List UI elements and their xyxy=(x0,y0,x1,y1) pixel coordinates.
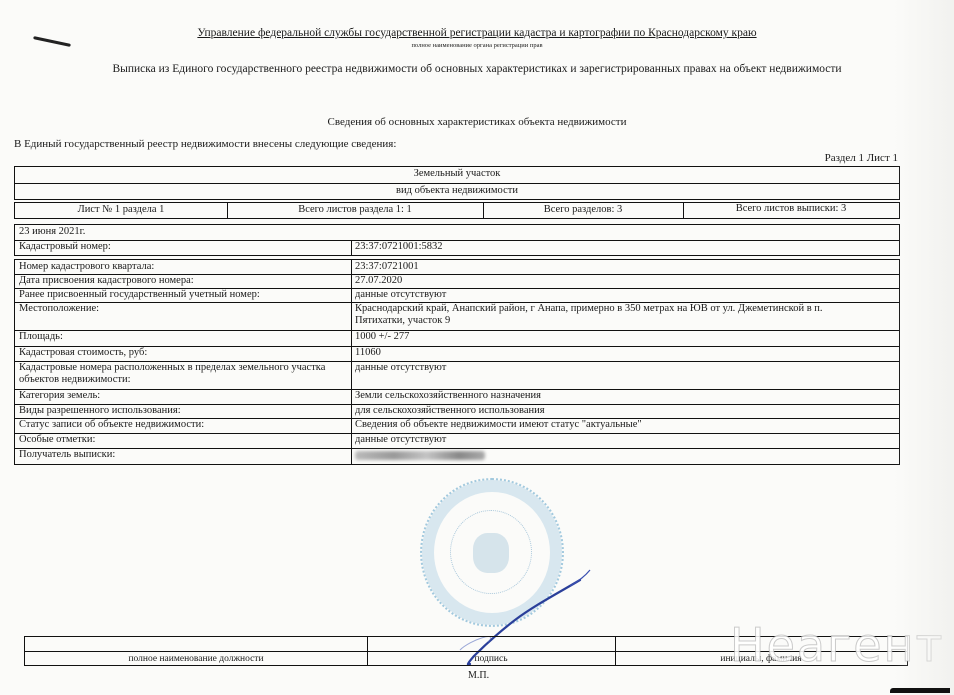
date-row: 23 июня 2021г. xyxy=(15,225,899,240)
section-ref: Раздел 1 Лист 1 xyxy=(825,152,898,164)
section-intro: В Единый государственный реестр недвижим… xyxy=(14,138,396,150)
organization-caption: полное наименование органа регистрации п… xyxy=(0,42,954,49)
redaction-blur xyxy=(355,451,485,460)
section-title: Сведения об основных характеристиках объ… xyxy=(0,116,954,128)
table-row: Кадастровая стоимость, руб: 11060 xyxy=(15,346,899,360)
total-sections: Всего разделов: 3 xyxy=(483,204,683,215)
document-title: Выписка из Единого государственного реес… xyxy=(0,63,954,75)
sheets-in-section: Всего листов раздела 1: 1 xyxy=(227,204,483,215)
cadastral-number-label: Кадастровый номер: xyxy=(19,241,345,253)
seal-place: М.П. xyxy=(468,670,489,681)
table-row: Виды разрешенного использования: для сел… xyxy=(15,404,899,418)
characteristics-table: Номер кадастрового квартала: 23:37:07210… xyxy=(14,259,900,465)
total-sheets: Всего листов выписки: 3 xyxy=(683,203,899,214)
extract-date: 23 июня 2021г. xyxy=(19,226,345,238)
table-row: Статус записи об объекте недвижимости: С… xyxy=(15,418,899,432)
object-type-box: Земельный участок вид объекта недвижимос… xyxy=(14,166,900,200)
date-cadastral-table: 23 июня 2021г. Кадастровый номер: 23:37:… xyxy=(14,224,900,256)
sheet-number: Лист № 1 раздела 1 xyxy=(15,204,227,215)
corner-mark xyxy=(890,688,950,693)
sheets-info-box: Лист № 1 раздела 1 Всего листов раздела … xyxy=(14,202,900,219)
signature-caption: подпись xyxy=(367,654,615,664)
table-row: Категория земель: Земли сельскохозяйстве… xyxy=(15,389,899,403)
table-row: Особые отметки: данные отсутствуют xyxy=(15,433,899,447)
recipient-redacted xyxy=(355,449,839,464)
page-edge-shadow xyxy=(894,0,954,695)
object-type-caption: вид объекта недвижимости xyxy=(15,185,899,196)
table-row: Ранее присвоенный государственный учетны… xyxy=(15,288,899,302)
position-caption: полное наименование должности xyxy=(25,654,367,664)
cadastral-number-row: Кадастровый номер: 23:37:0721001:5832 xyxy=(15,240,899,256)
cadastral-number-value: 23:37:0721001:5832 xyxy=(355,241,839,253)
table-row: Кадастровые номера расположенных в преде… xyxy=(15,361,899,389)
object-type: Земельный участок xyxy=(15,168,899,179)
table-row: Номер кадастрового квартала: 23:37:07210… xyxy=(15,260,899,274)
table-row: Площадь: 1000 +/- 277 xyxy=(15,330,899,344)
recipient-row: Получатель выписки: xyxy=(15,448,899,464)
table-row: Дата присвоения кадастрового номера: 27.… xyxy=(15,274,899,288)
organization-name: Управление федеральной службы государств… xyxy=(0,27,954,39)
table-row: Местоположение: Краснодарский край, Анап… xyxy=(15,302,899,330)
